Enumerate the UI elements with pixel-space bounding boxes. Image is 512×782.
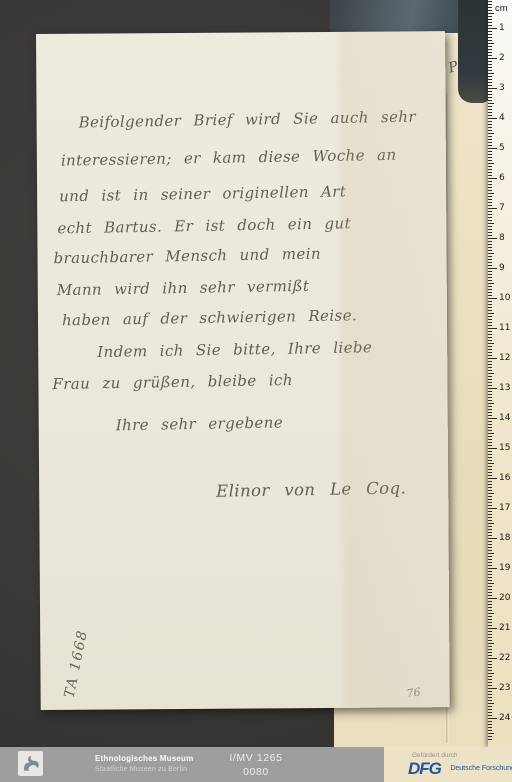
ruler-tick xyxy=(488,1,492,2)
ruler-tick xyxy=(488,310,492,311)
dfg-panel: Gefördert durch DFG Deutsche Forschungsg… xyxy=(384,747,512,782)
ruler-tick xyxy=(488,289,492,290)
ruler-tick xyxy=(488,49,492,50)
ruler-tick xyxy=(488,697,492,698)
ruler-number: 8 xyxy=(499,233,505,243)
ruler-tick xyxy=(488,424,492,425)
handwriting-line: echt Bartus. Er ist doch ein gut xyxy=(57,214,351,237)
ruler-number: 18 xyxy=(499,533,510,543)
ruler-tick xyxy=(488,463,494,464)
ruler-tick xyxy=(488,700,492,701)
ruler-tick xyxy=(488,382,492,383)
ruler-tick xyxy=(488,280,492,281)
ruler-tick xyxy=(488,181,492,182)
ruler-number: 22 xyxy=(499,653,510,663)
ruler-number: 2 xyxy=(499,53,505,63)
ruler-tick xyxy=(488,538,497,539)
ruler-tick xyxy=(488,418,497,419)
ruler-number: 20 xyxy=(499,593,510,603)
ruler-tick xyxy=(488,406,492,407)
ruler-tick xyxy=(488,25,492,26)
dfg-row: DFG Deutsche Forschungsgemeinschaft xyxy=(408,759,512,779)
archival-note: TA 1668 xyxy=(56,603,96,724)
ruler-tick xyxy=(488,349,492,350)
ruler-tick xyxy=(488,133,494,134)
ruler-tick xyxy=(488,76,492,77)
handwriting-line: Frau zu grüßen, bleibe ich xyxy=(52,371,293,393)
ruler-tick xyxy=(488,292,492,293)
ruler-number: 6 xyxy=(499,173,505,183)
ruler-tick xyxy=(488,199,492,200)
ruler-tick xyxy=(488,106,492,107)
ruler-tick xyxy=(488,598,497,599)
ruler-tick xyxy=(488,550,492,551)
ruler-tick xyxy=(488,718,497,719)
ruler-tick xyxy=(488,10,492,11)
ruler-tick xyxy=(488,64,492,65)
ruler-tick xyxy=(488,244,492,245)
ruler-tick xyxy=(488,670,492,671)
ruler-tick xyxy=(488,4,492,5)
ruler-tick xyxy=(488,265,492,266)
ruler-tick xyxy=(488,160,492,161)
ruler-tick xyxy=(488,466,492,467)
ruler-tick xyxy=(488,334,492,335)
ruler-tick xyxy=(488,178,497,179)
ruler-tick xyxy=(488,430,492,431)
ruler-tick xyxy=(488,316,492,317)
ruler-tick xyxy=(488,736,492,737)
ruler-tick xyxy=(488,130,492,131)
ruler-tick xyxy=(488,694,492,695)
ruler-tick xyxy=(488,661,492,662)
ruler-tick xyxy=(488,346,492,347)
ruler-tick xyxy=(488,646,492,647)
ruler-tick xyxy=(488,283,494,284)
funder-name: Deutsche Forschungsgemeinschaft xyxy=(450,765,512,773)
ruler-tick xyxy=(488,427,492,428)
ruler-tick xyxy=(488,211,492,212)
ruler-tick xyxy=(488,127,492,128)
ruler-tick xyxy=(488,553,494,554)
ruler-tick xyxy=(488,268,497,269)
footer: Ethnologisches Museum Staatliche Museen … xyxy=(0,747,512,782)
ruler-tick xyxy=(488,214,492,215)
ruler-unit-label: cm xyxy=(495,3,508,14)
scan-stage: Pr. W TA 1668 76 Beifolgender Brief wird… xyxy=(0,0,512,782)
ruler-tick xyxy=(488,232,492,233)
ruler-tick xyxy=(488,259,492,260)
ruler-tick xyxy=(488,79,492,80)
ruler-tick xyxy=(488,559,492,560)
ruler-tick xyxy=(488,343,494,344)
ruler-number: 1 xyxy=(499,23,505,33)
ruler-tick xyxy=(488,484,492,485)
ruler-tick xyxy=(488,274,492,275)
ruler-tick xyxy=(488,388,497,389)
ruler-tick xyxy=(488,217,492,218)
ruler-number: 17 xyxy=(499,503,510,513)
ruler-tick xyxy=(488,304,492,305)
ruler-tick xyxy=(488,118,497,119)
ruler-tick xyxy=(488,121,492,122)
ruler: cm 1234567891011121314151617181920212223… xyxy=(488,0,512,747)
ruler-tick xyxy=(488,169,492,170)
ruler-tick xyxy=(488,148,497,149)
ruler-tick xyxy=(488,634,492,635)
ruler-tick xyxy=(488,112,492,113)
ruler-tick xyxy=(488,733,494,734)
ruler-tick xyxy=(488,589,492,590)
ruler-tick xyxy=(488,271,492,272)
ruler-tick xyxy=(488,385,492,386)
ruler-tick xyxy=(488,565,492,566)
ruler-tick xyxy=(488,220,492,221)
ruler-tick xyxy=(488,262,492,263)
ruler-tick xyxy=(488,682,492,683)
ruler-tick xyxy=(488,373,494,374)
ruler-tick xyxy=(488,655,492,656)
ruler-tick xyxy=(488,583,494,584)
ruler-tick xyxy=(488,313,494,314)
ruler-tick xyxy=(488,529,492,530)
ruler-tick xyxy=(488,241,492,242)
ruler-tick xyxy=(488,142,492,143)
ruler-tick xyxy=(488,205,492,206)
ruler-tick xyxy=(488,46,492,47)
ruler-tick xyxy=(488,481,492,482)
ruler-tick xyxy=(488,73,494,74)
ruler-tick xyxy=(488,331,492,332)
ruler-tick xyxy=(488,499,492,500)
ruler-tick xyxy=(488,724,492,725)
ruler-number: 3 xyxy=(499,83,505,93)
ruler-tick xyxy=(488,403,494,404)
ruler-tick xyxy=(488,469,492,470)
ruler-tick xyxy=(488,640,492,641)
ruler-tick xyxy=(488,541,492,542)
ruler-tick xyxy=(488,139,492,140)
ruler-tick xyxy=(488,616,492,617)
ruler-tick xyxy=(488,247,492,248)
ruler-number: 13 xyxy=(499,383,510,393)
ruler-tick xyxy=(488,439,492,440)
ruler-tick xyxy=(488,664,492,665)
letter-page: TA 1668 76 Beifolgender Brief wird Sie a… xyxy=(36,31,450,710)
ruler-tick xyxy=(488,487,492,488)
dfg-logo: DFG xyxy=(408,759,441,779)
ruler-tick xyxy=(488,478,497,479)
handwriting-line: und ist in seiner originellen Art xyxy=(59,182,346,205)
ruler-tick xyxy=(488,166,492,167)
ruler-tick xyxy=(488,706,492,707)
ruler-tick xyxy=(488,631,492,632)
ruler-tick xyxy=(488,517,492,518)
ruler-tick xyxy=(488,97,492,98)
ruler-tick xyxy=(488,85,492,86)
ruler-tick xyxy=(488,58,497,59)
ruler-tick xyxy=(488,34,492,35)
ruler-tick xyxy=(488,154,492,155)
ruler-tick xyxy=(488,610,492,611)
ruler-tick xyxy=(488,340,492,341)
ruler-tick xyxy=(488,505,492,506)
ruler-number: 21 xyxy=(499,623,510,633)
ruler-tick xyxy=(488,394,492,395)
ruler-tick xyxy=(488,451,492,452)
ruler-tick xyxy=(488,370,492,371)
ruler-tick xyxy=(488,22,492,23)
ruler-tick xyxy=(488,475,492,476)
ruler-tick xyxy=(488,673,494,674)
ruler-tick xyxy=(488,628,497,629)
ruler-tick xyxy=(488,40,492,41)
ruler-tick xyxy=(488,703,494,704)
ruler-number: 24 xyxy=(499,713,510,723)
ruler-tick xyxy=(488,685,492,686)
ruler-number: 5 xyxy=(499,143,505,153)
ruler-tick xyxy=(488,730,492,731)
ruler-tick xyxy=(488,415,492,416)
ruler-tick xyxy=(488,454,492,455)
ruler-tick xyxy=(488,445,492,446)
ruler-tick xyxy=(488,190,492,191)
ruler-tick xyxy=(488,337,492,338)
ruler-tick xyxy=(488,184,492,185)
ruler-tick xyxy=(488,679,492,680)
ruler-tick xyxy=(488,319,492,320)
ruler-tick xyxy=(488,436,492,437)
ruler-tick xyxy=(488,643,494,644)
ruler-tick xyxy=(488,571,492,572)
ruler-tick xyxy=(488,208,497,209)
ruler-tick xyxy=(488,613,494,614)
ruler-tick xyxy=(488,238,497,239)
ruler-number: 10 xyxy=(499,293,510,303)
ruler-tick xyxy=(488,196,492,197)
ruler-tick xyxy=(488,667,492,668)
ruler-tick xyxy=(488,250,492,251)
ruler-tick xyxy=(488,676,492,677)
ruler-tick xyxy=(488,592,492,593)
handwriting-line: Ihre sehr ergebene xyxy=(116,413,284,434)
ruler-tick xyxy=(488,658,497,659)
ruler-tick xyxy=(488,520,492,521)
ruler-tick xyxy=(488,652,492,653)
ruler-tick xyxy=(488,352,492,353)
ruler-tick xyxy=(488,256,492,257)
ruler-tick xyxy=(488,286,492,287)
ruler-tick xyxy=(488,391,492,392)
ruler-tick xyxy=(488,556,492,557)
ruler-tick xyxy=(488,442,492,443)
ruler-tick xyxy=(488,295,492,296)
ruler-tick xyxy=(488,67,492,68)
ruler-tick xyxy=(488,100,492,101)
ruler-tick xyxy=(488,367,492,368)
handwriting-line: interessieren; er kam diese Woche an xyxy=(61,146,397,170)
ruler-tick xyxy=(488,307,492,308)
ruler-tick xyxy=(488,358,497,359)
ruler-tick xyxy=(488,376,492,377)
ruler-tick xyxy=(488,298,497,299)
ruler-tick xyxy=(488,727,492,728)
ruler-tick xyxy=(488,601,492,602)
ruler-tick xyxy=(488,70,492,71)
ruler-tick xyxy=(488,511,492,512)
ruler-tick xyxy=(488,412,492,413)
ruler-tick xyxy=(488,577,492,578)
ruler-tick xyxy=(488,124,492,125)
ruler-tick xyxy=(488,361,492,362)
ruler-tick xyxy=(488,544,492,545)
ruler-tick xyxy=(488,229,492,230)
ruler-tick xyxy=(488,448,497,449)
handwriting-line: Mann wird ihn sehr vermißt xyxy=(57,277,310,299)
ruler-tick xyxy=(488,91,492,92)
ruler-tick xyxy=(488,622,492,623)
ruler-tick xyxy=(488,151,492,152)
ruler-tick xyxy=(488,490,492,491)
ruler-tick xyxy=(488,409,492,410)
ruler-tick xyxy=(488,397,492,398)
ruler-tick xyxy=(488,637,492,638)
ruler-tick xyxy=(488,19,492,20)
ruler-tick xyxy=(488,604,492,605)
ruler-tick xyxy=(488,37,492,38)
ruler-tick xyxy=(488,496,492,497)
ruler-tick xyxy=(488,379,492,380)
ruler-tick xyxy=(488,568,497,569)
ruler-tick xyxy=(488,61,492,62)
ruler-tick xyxy=(488,532,492,533)
ruler-tick xyxy=(488,586,492,587)
ruler-tick xyxy=(488,88,497,89)
ruler-tick xyxy=(488,712,492,713)
ruler-tick xyxy=(488,226,492,227)
ruler-tick xyxy=(488,562,492,563)
ruler-tick xyxy=(488,493,494,494)
ruler-tick xyxy=(488,94,492,95)
ruler-tick xyxy=(488,715,492,716)
ruler-number: 16 xyxy=(499,473,510,483)
ruler-tick xyxy=(488,223,494,224)
ruler-tick xyxy=(488,355,492,356)
ruler-number: 23 xyxy=(499,683,510,693)
ruler-tick xyxy=(488,16,492,17)
ruler-tick xyxy=(488,574,492,575)
ruler-tick xyxy=(488,514,492,515)
ruler-tick xyxy=(488,43,494,44)
ruler-tick xyxy=(488,691,492,692)
ruler-tick xyxy=(488,145,492,146)
ruler-tick xyxy=(488,253,494,254)
ruler-tick xyxy=(488,136,492,137)
ruler-tick xyxy=(488,82,492,83)
ruler-tick xyxy=(488,508,497,509)
ruler-tick xyxy=(488,526,492,527)
ruler-number: 11 xyxy=(499,323,510,333)
ruler-tick xyxy=(488,235,492,236)
ruler-tick xyxy=(488,157,492,158)
ruler-tick xyxy=(488,55,492,56)
ruler-tick xyxy=(488,163,494,164)
ruler-tick xyxy=(488,421,492,422)
handwriting-line: brauchbarer Mensch und mein xyxy=(53,245,321,268)
ruler-number: 14 xyxy=(499,413,510,423)
ruler-tick xyxy=(488,115,492,116)
ruler-tick xyxy=(488,13,494,14)
ruler-number: 4 xyxy=(499,113,505,123)
ruler-tick xyxy=(488,301,492,302)
ruler-tick xyxy=(488,523,494,524)
ruler-number: 15 xyxy=(499,443,510,453)
ruler-tick xyxy=(488,457,492,458)
ruler-tick xyxy=(488,400,492,401)
page-gutter-shadow xyxy=(458,0,491,103)
ruler-number: 9 xyxy=(499,263,505,273)
ruler-tick xyxy=(488,739,492,740)
ruler-tick xyxy=(488,172,492,173)
ruler-tick xyxy=(488,103,494,104)
ruler-number: 12 xyxy=(499,353,510,363)
ruler-tick xyxy=(488,328,497,329)
ruler-tick xyxy=(488,472,492,473)
ruler-tick xyxy=(488,625,492,626)
ruler-tick xyxy=(488,607,492,608)
ruler-tick xyxy=(488,7,492,8)
ruler-tick xyxy=(488,649,492,650)
handwriting-line: Beifolgender Brief wird Sie auch sehr xyxy=(78,108,416,132)
ruler-tick xyxy=(488,688,497,689)
ruler-tick xyxy=(488,709,492,710)
ruler-tick xyxy=(488,364,492,365)
ruler-tick xyxy=(488,109,492,110)
ruler-tick xyxy=(488,193,494,194)
handwriting-line: haben auf der schwierigen Reise. xyxy=(62,306,357,329)
ruler-tick xyxy=(488,595,492,596)
funding-note: Gefördert durch xyxy=(412,752,458,759)
ruler-tick xyxy=(488,31,492,32)
ruler-tick xyxy=(488,619,492,620)
ruler-number: 7 xyxy=(499,203,505,213)
pencil-page-number: 76 xyxy=(406,685,422,700)
ruler-tick xyxy=(488,535,492,536)
ruler-tick xyxy=(488,547,492,548)
ruler-tick xyxy=(488,175,492,176)
ruler-number: 19 xyxy=(499,563,510,573)
handwriting-line: Indem ich Sie bitte, Ihre liebe xyxy=(97,338,372,361)
ruler-tick xyxy=(488,322,492,323)
ruler-tick xyxy=(488,580,492,581)
ruler-tick xyxy=(488,187,492,188)
ruler-tick xyxy=(488,325,492,326)
ruler-tick xyxy=(488,277,492,278)
ruler-tick xyxy=(488,721,492,722)
signature-line: Elinor von Le Coq. xyxy=(216,478,406,500)
ruler-tick xyxy=(488,460,492,461)
ruler-tick xyxy=(488,52,492,53)
ruler-tick xyxy=(488,202,492,203)
ruler-tick xyxy=(488,28,497,29)
ruler-tick xyxy=(488,433,494,434)
ruler-tick xyxy=(488,502,492,503)
